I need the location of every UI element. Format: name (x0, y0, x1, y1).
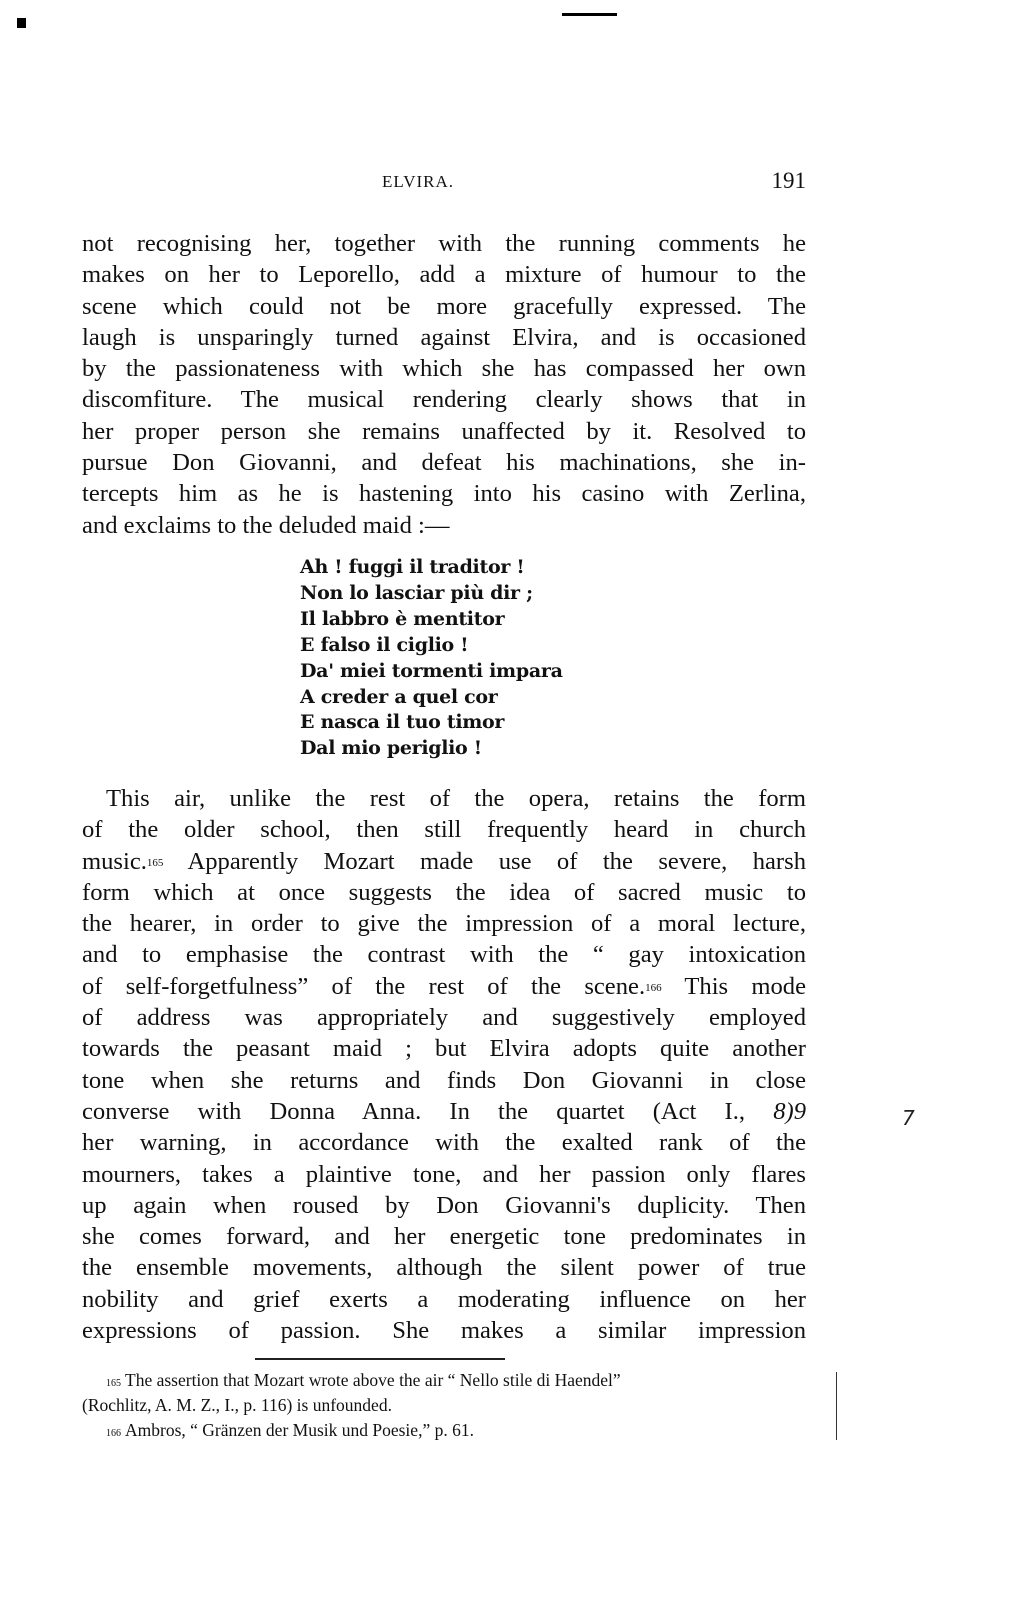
poem-line: E falso il ciglio ! (300, 633, 563, 659)
footnote-165: 165The assertion that Mozart wrote above… (82, 1368, 810, 1393)
text-line: music.165 Apparently Mozart made use of … (82, 846, 806, 877)
footnote-165-cont: (Rochlitz, A. M. Z., I., p. 116) is unfo… (82, 1393, 810, 1418)
paragraph-2: This air, unlike the rest of the opera, … (82, 783, 806, 1346)
margin-annotation: 7 (902, 1106, 915, 1130)
text-line: up again when roused by Don Giovanni's d… (82, 1190, 806, 1221)
text-line: of address was appropriately and suggest… (82, 1002, 806, 1033)
poem-line: Da' miei tormenti impara (300, 659, 563, 685)
text-line: and exclaims to the deluded maid :— (82, 510, 806, 541)
footnotes: 165The assertion that Mozart wrote above… (82, 1368, 810, 1443)
scan-margin-line (836, 1372, 837, 1440)
text-line: her proper person she remains unaffected… (82, 416, 806, 447)
poem-line: A creder a quel cor (300, 685, 563, 711)
text-line: mourners, takes a plaintive tone, and he… (82, 1159, 806, 1190)
handwritten-annotation: 8)9 (773, 1098, 806, 1125)
text-line: her warning, in accordance with the exal… (82, 1127, 806, 1158)
text-line: tone when she returns and finds Don Giov… (82, 1065, 806, 1096)
text-line: pursue Don Giovanni, and defeat his mach… (82, 447, 806, 478)
text-line: nobility and grief exerts a moderating i… (82, 1284, 806, 1315)
footnote-166: 166Ambros, “ Gränzen der Musik und Poesi… (82, 1418, 810, 1443)
text-line: expressions of passion. She makes a simi… (82, 1315, 806, 1346)
text-line: laugh is unsparingly turned against Elvi… (82, 322, 806, 353)
text-line: converse with Donna Anna. In the quartet… (82, 1096, 806, 1127)
text-line: of the older school, then still frequent… (82, 814, 806, 845)
text-line: she comes forward, and her energetic ton… (82, 1221, 806, 1252)
text-line: and to emphasise the contrast with the “… (82, 939, 806, 970)
poem-line: Ah ! fuggi il traditor ! (300, 555, 563, 581)
paragraph-1: not recognising her, together with the r… (82, 228, 806, 541)
running-title: ELVIRA. (382, 172, 454, 192)
text-line: the hearer, in order to give the impress… (82, 908, 806, 939)
footnote-ref-165[interactable]: 165 (147, 857, 164, 869)
footnote-rule (255, 1358, 505, 1360)
text-line: not recognising her, together with the r… (82, 228, 806, 259)
scan-top-rule (562, 13, 617, 16)
text-line: the ensemble movements, although the sil… (82, 1252, 806, 1283)
text-line: tercepts him as he is hastening into his… (82, 478, 806, 509)
text-line: form which at once suggests the idea of … (82, 877, 806, 908)
poem-line: E nasca il tuo timor (300, 710, 563, 736)
text-line: scene which could not be more gracefully… (82, 291, 806, 322)
footnote-ref-166[interactable]: 166 (645, 982, 662, 994)
text-line: makes on her to Leporello, add a mixture… (82, 259, 806, 290)
text-line: of self-forgetfulness” of the rest of th… (82, 971, 806, 1002)
poem-line: Dal mio periglio ! (300, 736, 563, 762)
poem-line: Il labbro è mentitor (300, 607, 563, 633)
poem-line: Non lo lasciar più dir ; (300, 581, 563, 607)
text-line: discomfiture. The musical rendering clea… (82, 384, 806, 415)
scan-corner-mark (17, 18, 26, 28)
poem-quotation: Ah ! fuggi il traditor ! Non lo lasciar … (300, 555, 563, 762)
page-number: 191 (772, 168, 807, 194)
text-line: towards the peasant maid ; but Elvira ad… (82, 1033, 806, 1064)
text-line: This air, unlike the rest of the opera, … (82, 783, 806, 814)
page-header: ELVIRA. 191 (82, 172, 806, 202)
text-line: by the passionateness with which she has… (82, 353, 806, 384)
